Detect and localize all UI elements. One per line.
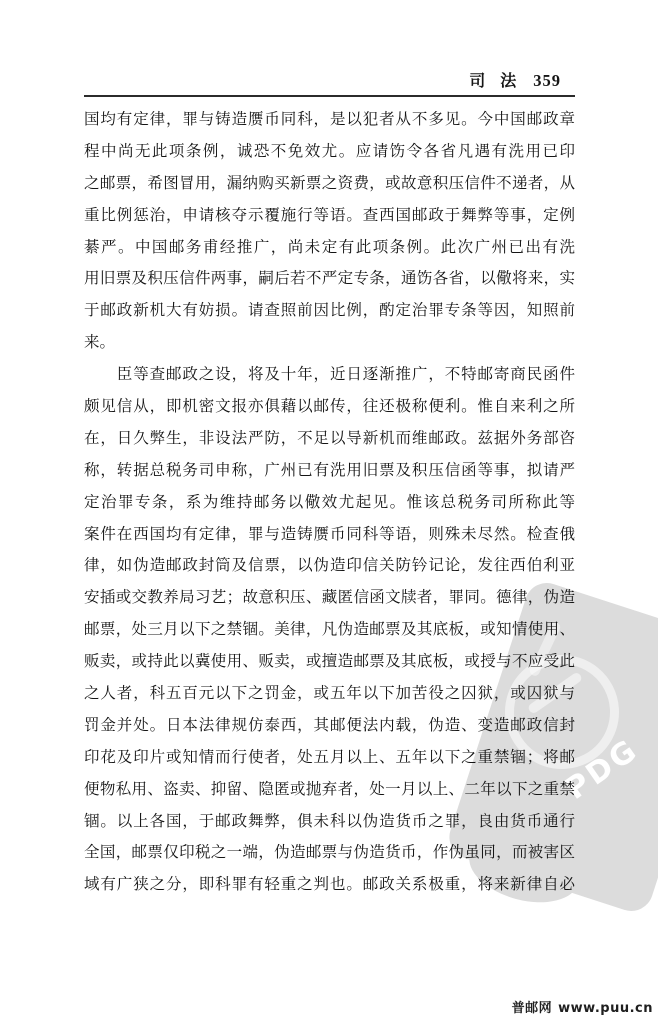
scanned-book-page: PDG 司法359 国均有定律，罪与铸造赝币同科，是以犯者从不多见。今中国邮政章… [0,0,658,1024]
text-line: 安插或交教养局习艺；故意积压、藏匿信函文牍者，罪同。德律，伪造 [84,582,575,614]
text-line: 域有广狭之分，即科罪有轻重之判也。邮政关系极重，将来新律自必 [84,869,575,901]
text-line: 在，日久弊生，非设法严防，不足以导新机而维邮政。兹据外务部咨 [84,423,575,455]
text-line: 重比例惩治，申请核夺示覆施行等语。查西国邮政于舞弊等事，定例 [84,200,575,232]
site-name: 普邮网 [512,1001,553,1016]
text-line: 印花及印片或知情而行使者，处五月以上、五年以下之重禁锢；将邮 [84,742,575,774]
text-line: 定治罪专条，系为维持邮务以儆效尤起见。惟该总税务司所称此等 [84,487,575,519]
text-line: 便物私用、盗卖、抑留、隐匿或抛弃者，处一月以上、二年以下之重禁 [84,774,575,806]
text-line: 罚金并处。日本法律规仿泰西，其邮便法内载，伪造、变造邮政信封 [84,710,575,742]
section-title: 司法 [469,73,531,90]
text-line: 于邮政新机大有妨损。请查照前因比例，酌定治罪专条等因，知照前 [84,295,575,327]
text-line: 颇见信从，即机密文报亦俱藉以邮传，往还极称便利。惟自来利之所 [84,391,575,423]
text-line: 之邮票，希图冒用，漏纳购买新票之资费，或故意积压信件不递者，从 [84,168,575,200]
text-line: 之人者，科五百元以下之罚金，或五年以下加苦役之囚狱，或囚狱与 [84,678,575,710]
text-line: 全国，邮票仅印税之一端，伪造邮票与伪造货币，作伪虽同，而被害区 [84,837,575,869]
text-line: 用旧票及积压信件两事，嗣后若不严定专条，通饬各省，以儆将来，实 [84,263,575,295]
running-head: 司法359 [84,68,575,92]
text-line: 来。 [84,327,575,359]
header-rule [84,95,575,97]
text-line: 称，转据总税务司申称，广州已有洗用旧票及积压信函等事，拟请严 [84,455,575,487]
document-body: 国均有定律，罪与铸造赝币同科，是以犯者从不多见。今中国邮政章程中尚无此项条例，诚… [84,104,575,901]
text-line: 綦严。中国邮务甫经推广，尚未定有此项条例。此次广州已出有洗 [84,232,575,264]
text-line: 案件在西国均有定律，罪与造铸赝币同科等语，则殊未尽然。检查俄 [84,519,575,551]
site-url: www.puu.cn [558,1001,653,1016]
footer-site-watermark: 普邮网www.puu.cn [512,997,653,1016]
text-line: 程中尚无此项条例，诚恐不免效尤。应请饬令各省凡遇有洗用已印 [84,136,575,168]
text-line: 律，如伪造邮政封筒及信票，以伪造印信关防钤记论，发往西伯利亚 [84,550,575,582]
text-line: 臣等查邮政之设，将及十年，近日逐渐推广，不特邮寄商民函件 [84,359,575,391]
page-number: 359 [533,71,561,90]
text-line: 贩卖，或持此以冀使用、贩卖，或擅造邮票及其底板，或授与不应受此 [84,646,575,678]
text-line: 邮票，处三月以下之禁锢。美律，凡伪造邮票及其底板，或知情使用、 [84,614,575,646]
text-line: 锢。以上各国，于邮政舞弊，俱未科以伪造货币之罪，良由货币通行 [84,806,575,838]
text-line: 国均有定律，罪与铸造赝币同科，是以犯者从不多见。今中国邮政章 [84,104,575,136]
